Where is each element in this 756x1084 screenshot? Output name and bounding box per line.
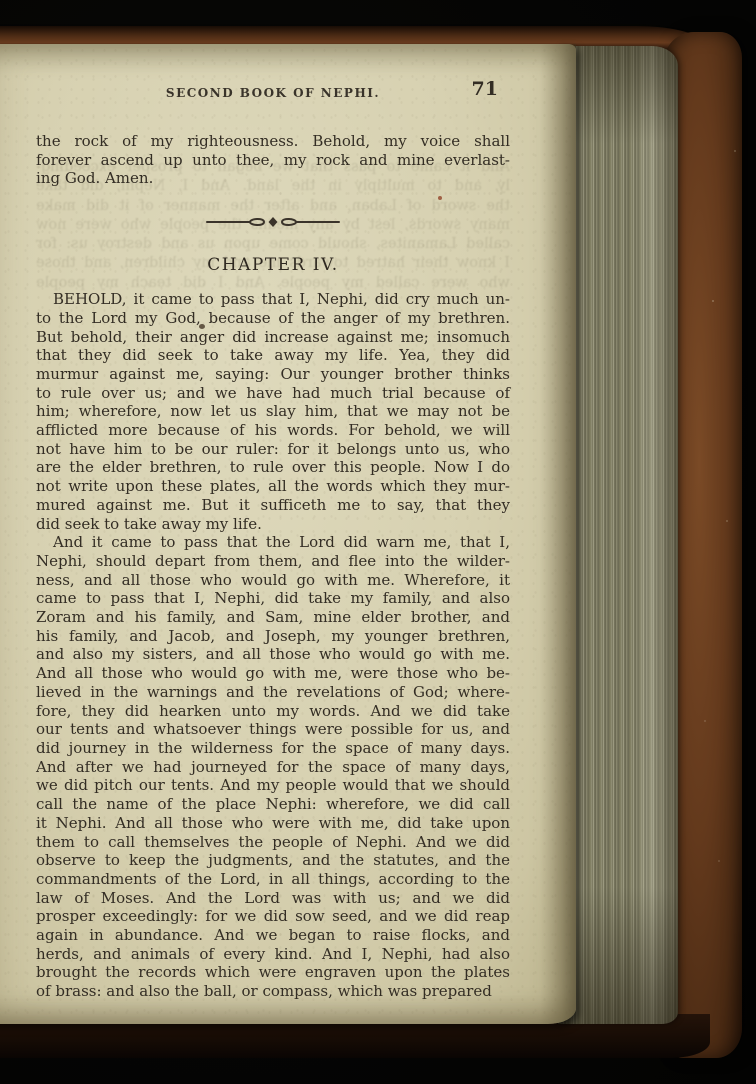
- chapter-paragraph-2: And it came to pass that the Lord did wa…: [36, 533, 510, 1001]
- page-stack-fore-edge: [558, 46, 678, 1024]
- text-line: not write upon these plates, all the wor…: [36, 477, 510, 496]
- text-line: herds, and animals of every kind. And I,…: [36, 945, 510, 964]
- dust-specks: [712, 300, 714, 302]
- text-line: of brass: and also the ball, or compass,…: [36, 982, 510, 1001]
- text-line: ing God. Amen.: [36, 169, 510, 188]
- text-line: the rock of my righteousness. Behold, my…: [36, 132, 510, 151]
- text-line: to the Lord my God, because of the anger…: [36, 309, 510, 328]
- text-line: ness, and all those who would go with me…: [36, 571, 510, 590]
- text-line: fore, they did hearken unto my words. An…: [36, 702, 510, 721]
- text-line: commandments of the Lord, in all things,…: [36, 870, 510, 889]
- text-line: prosper exceedingly: for we did sow seed…: [36, 907, 510, 926]
- text-line: But behold, their anger did increase aga…: [36, 328, 510, 347]
- text-line: came to pass that I, Nephi, did take my …: [36, 589, 510, 608]
- chapter-heading: CHAPTER IV.: [36, 256, 510, 280]
- text-line: again in abundance. And we began to rais…: [36, 926, 510, 945]
- text-line: BEHOLD, it came to pass that I, Nephi, d…: [36, 290, 510, 309]
- text-line: that they did seek to take away my life.…: [36, 346, 510, 365]
- chapter-paragraph-1: BEHOLD, it came to pass that I, Nephi, d…: [36, 290, 510, 533]
- text-line: did journey in the wilderness for the sp…: [36, 739, 510, 758]
- scanned-book-photo: And it came to pass that we began to pro…: [0, 0, 756, 1084]
- continuation-paragraph: the rock of my righteousness. Behold, my…: [36, 132, 510, 188]
- text-line: him; wherefore, now let us slay him, tha…: [36, 402, 510, 421]
- text-line: forever ascend up unto thee, my rock and…: [36, 151, 510, 170]
- text-line: lieved in the warnings and the revelatio…: [36, 683, 510, 702]
- text-line: we did pitch our tents. And my people wo…: [36, 776, 510, 795]
- page-text-block: SECOND BOOK OF NEPHI. 71 the rock of my …: [36, 84, 510, 1001]
- text-line: Nephi, should depart from them, and flee…: [36, 552, 510, 571]
- text-line: not have him to be our ruler: for it bel…: [36, 440, 510, 459]
- section-divider-ornament: [36, 214, 510, 230]
- red-speck-blemish: [438, 196, 442, 200]
- text-line: did seek to take away my life.: [36, 515, 510, 534]
- text-line: them to call themselves the people of Ne…: [36, 833, 510, 852]
- text-line: brought the records which were engraven …: [36, 963, 510, 982]
- running-head: SECOND BOOK OF NEPHI. 71: [36, 84, 510, 106]
- text-line: are the elder brethren, to rule over thi…: [36, 458, 510, 477]
- page-gutter-shadow: [540, 44, 576, 1024]
- text-line: Zoram and his family, and Sam, mine elde…: [36, 608, 510, 627]
- text-line: And after we had journeyed for the space…: [36, 758, 510, 777]
- text-line: And all those who would go with me, were…: [36, 664, 510, 683]
- text-line: afflicted more because of his words. For…: [36, 421, 510, 440]
- text-line: it Nephi. And all those who were with me…: [36, 814, 510, 833]
- text-line: And it came to pass that the Lord did wa…: [36, 533, 510, 552]
- text-line: to rule over us; and we have had much tr…: [36, 384, 510, 403]
- text-line: his family, and Jacob, and Joseph, my yo…: [36, 627, 510, 646]
- text-line: our tents and whatsoever things were pos…: [36, 720, 510, 739]
- running-head-title: SECOND BOOK OF NEPHI.: [36, 84, 510, 103]
- ink-blot-blemish: [199, 324, 205, 329]
- text-line: law of Moses. And the Lord was with us; …: [36, 889, 510, 908]
- text-line: observe to keep the judgments, and the s…: [36, 851, 510, 870]
- text-line: mured against me. But it sufficeth me to…: [36, 496, 510, 515]
- page-number: 71: [472, 80, 498, 99]
- text-line: call the name of the place Nephi: wheref…: [36, 795, 510, 814]
- text-line: murmur against me, saying: Our younger b…: [36, 365, 510, 384]
- text-line: and also my sisters, and all those who w…: [36, 645, 510, 664]
